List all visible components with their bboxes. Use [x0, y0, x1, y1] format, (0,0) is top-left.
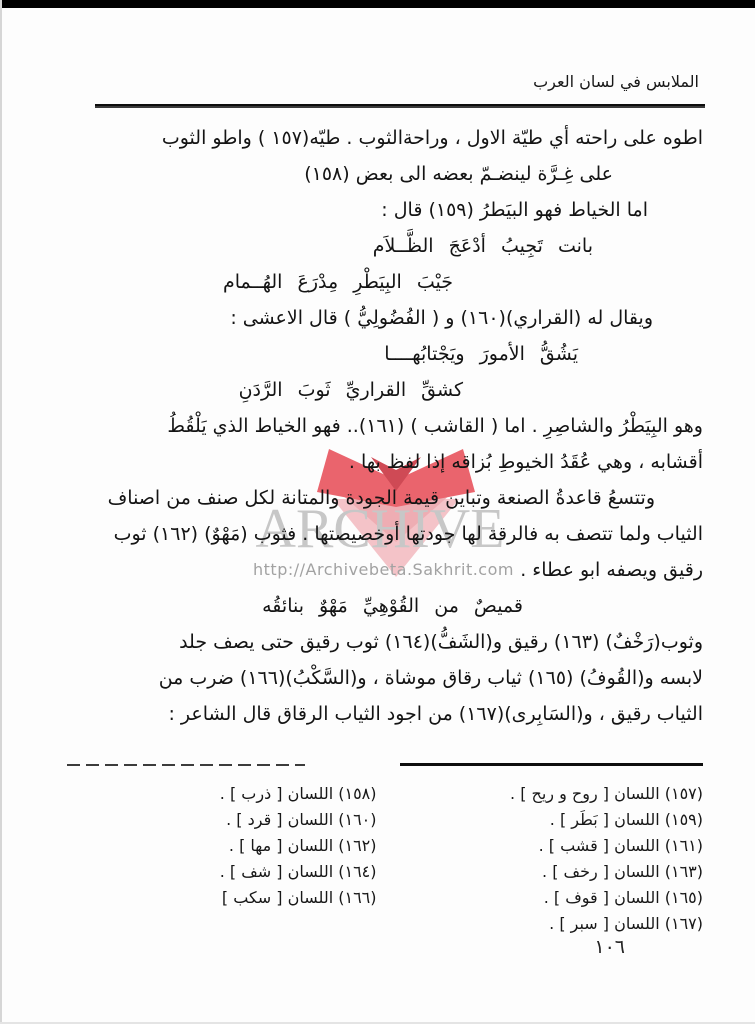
verse-line: جَيْبَ البِيَطْرِ مِدْرَعَ الهُــمام — [66, 264, 453, 300]
body-line: وتتسعُ قاعدةُ الصنعة وتباين قيمة الجودة … — [66, 480, 655, 516]
footnote-item: (١٦٧) اللسان [ سبر ] . — [393, 911, 704, 937]
body-line: اما الخياط فهو البيَطرُ (١٥٩) قال : — [66, 192, 648, 228]
body-line: الثياب رقيق ، و(السَابِرى)(١٦٧) من اجود … — [66, 696, 703, 732]
footnote-item: (١٥٩) اللسان [ بَطَر ] . — [393, 807, 704, 833]
verse-line: كشقِّ القراريِّ ثَوبَ الرَّدَنِ — [66, 372, 463, 408]
page-number: ١٠٦ — [594, 936, 625, 958]
page-header-title: الملابس في لسان العرب — [533, 72, 699, 91]
verse-line: قميصٌ من القُوْهِيِّ مَهْوٌ بنائقُه — [66, 588, 523, 624]
verse-line: يَشُقُّ الأمورَ ويَجْتابُهــــا — [66, 336, 578, 372]
footnote-item: (١٥٧) اللسان [ روح و ريح ] . — [393, 781, 704, 807]
footnote-item: (١٦٤) اللسان [ شف ] . — [66, 859, 377, 885]
footnote-item: (١٦٢) اللسان [ مها ] . — [66, 833, 377, 859]
body-line: وثوب(رَخْفٌ) (١٦٣) رقيق و(الشَفُّ)(١٦٤) … — [66, 624, 703, 660]
footnote-separator-solid — [400, 763, 703, 766]
body-line: اطوه على راحته أي طيّة الاول ، وراحةالثو… — [66, 120, 703, 156]
header-rule — [95, 104, 705, 108]
body-line: وهو البِيَطْرُ والشاصِرِ . اما ( القاشب … — [66, 408, 703, 444]
footnote-item: (١٥٨) اللسان [ ذرب ] . — [66, 781, 377, 807]
footnote-separator-dashed — [67, 764, 305, 766]
footnotes-block: (١٥٧) اللسان [ روح و ريح ] . (١٥٨) اللسا… — [66, 781, 703, 937]
body-line: ويقال له (القراري)(١٦٠) و ( الفُضُولِيُّ… — [66, 300, 653, 336]
body-text-block: اطوه على راحته أي طيّة الاول ، وراحةالثو… — [66, 120, 703, 732]
scanned-book-page: ARCHIVE http://Archivebeta.Sakhrit.com ا… — [0, 0, 755, 1024]
scan-left-edge — [0, 0, 2, 1024]
footnote-item: (١٦٠) اللسان [ قرد ] . — [66, 807, 377, 833]
body-line: لابسه و(القُوفُ) (١٦٥) ثياب رقاق موشاة ،… — [66, 660, 703, 696]
footnote-item: (١٦٦) اللسان [ سكب ] — [66, 885, 377, 911]
scan-top-edge — [0, 0, 755, 8]
body-line: على غِـرَّة لينضـمّ بعضه الى بعض (١٥٨) — [66, 156, 613, 192]
footnote-separator — [55, 763, 703, 768]
footnote-item: (١٦٣) اللسان [ رخف ] . — [393, 859, 704, 885]
verse-line: بانت تَجِيبُ أدْعَجَ الظَّــلاَم — [66, 228, 593, 264]
footnote-item: (١٦١) اللسان [ قشب ] . — [393, 833, 704, 859]
body-line: رقيق ويصفه ابو عطاء . — [66, 552, 703, 588]
footnote-item: (١٦٥) اللسان [ قوف ] . — [393, 885, 704, 911]
body-line: أقشابه ، وهي عُقَدُ الخيوطِ بُزاقه إذا ل… — [66, 444, 703, 480]
body-line: الثياب ولما تتصف به فالرقة لها جودتها أو… — [66, 516, 703, 552]
